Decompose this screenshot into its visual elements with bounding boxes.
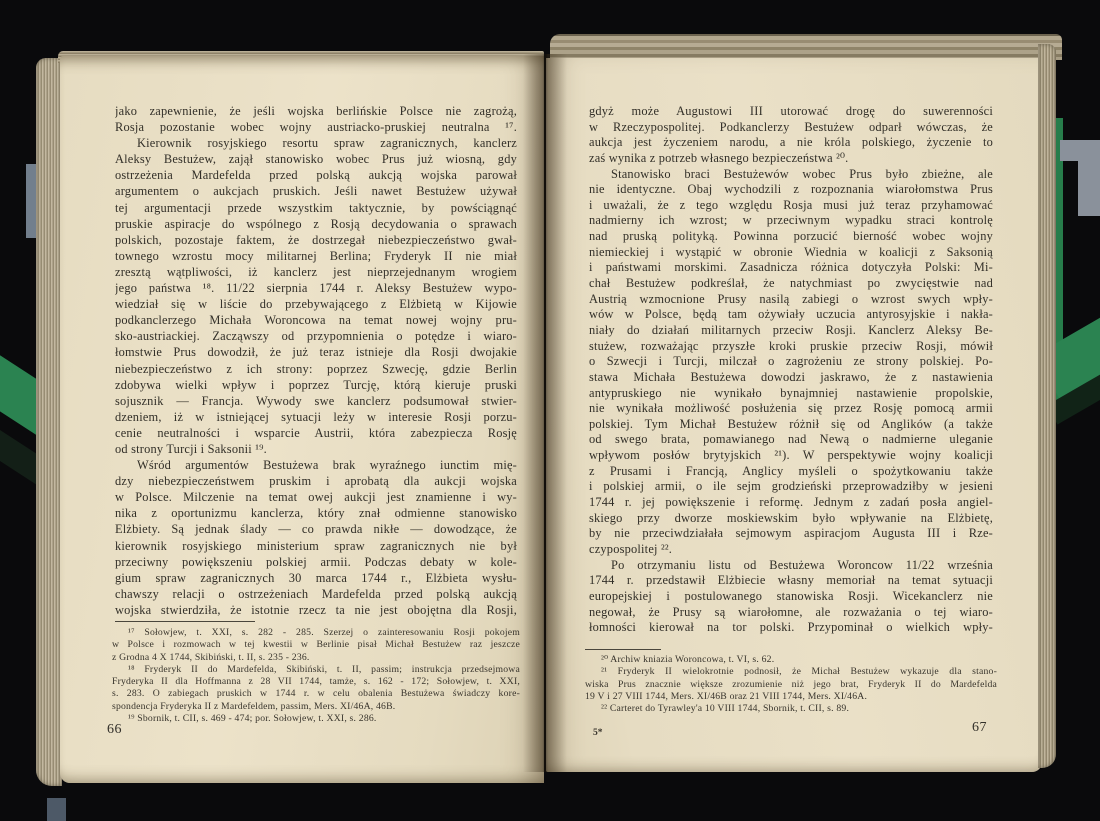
text-line: antypruskiego nie wynikało bynajmniej na… xyxy=(589,386,993,402)
text-line: jego państwa ¹⁸. 11/22 sierpnia 1744 r. … xyxy=(115,280,517,296)
text-line: nika z oportunizmu kanclerza, który znał… xyxy=(115,505,517,521)
text-line: nadmierny ich wzrost; w przeciwnym wypad… xyxy=(589,213,993,229)
page-stack-edge-right xyxy=(1038,44,1056,768)
text-line: pruskie aspiracje do wspólnego z Rosją d… xyxy=(115,216,517,232)
text-line: ¹⁹ Sbornik, t. CII, s. 469 - 474; por. S… xyxy=(112,713,520,725)
text-line: stużew, rozważając przyszłe kroki pruski… xyxy=(589,339,993,355)
footnote-rule-right xyxy=(585,649,661,650)
photo-of-open-book: { "colors": { "background": "#0a0a0c", "… xyxy=(0,0,1100,821)
text-line: europejskiej i postulowanego stanowiska … xyxy=(589,589,993,605)
text-line: dzy niebezpieczeństwem pruskim i aprobat… xyxy=(115,473,517,489)
left-page-number: 66 xyxy=(107,722,122,738)
gray-shape-right xyxy=(1078,140,1100,216)
text-line: zresztą wątpliwości, iż kanclerz jest ni… xyxy=(115,264,517,280)
text-line: wiedział się w liście do przebywającego … xyxy=(115,296,517,312)
text-line: sojusznik — Francja. Wywody swe kanclerz… xyxy=(115,393,517,409)
text-line: s. 283. O zabiegach pruskich w 1744 r. w… xyxy=(112,688,520,700)
signature-mark: 5* xyxy=(593,728,603,738)
text-line: ¹⁸ Fryderyk II do Mardefelda, Skibiński,… xyxy=(112,664,520,676)
text-line: nie wynikała możliwość posłużenia się pr… xyxy=(589,401,993,417)
text-line: stawa Michała Bestużewa dowodzi jaskrawo… xyxy=(589,370,993,386)
text-line: sko-austriackiej. Zacząwszy od przypomni… xyxy=(115,328,517,344)
text-line: Aleksy Bestużew, zajął stanowisko wobec … xyxy=(115,151,517,167)
text-line: o Szwecji i Turcji, milczał o zagrożeniu… xyxy=(589,354,993,370)
text-line: Wśród argumentów Bestużewa brak wyraźneg… xyxy=(115,457,517,473)
text-line: 1744 r. jej powiększenie i reformę. Jedn… xyxy=(589,495,993,511)
text-line: łomstwie Prus dowodził, że już teraz ist… xyxy=(115,344,517,360)
right-page-number: 67 xyxy=(972,720,987,736)
text-line: i państwami morskimi. Zasadnicza różnica… xyxy=(589,260,993,276)
page-stack-edge-top-right xyxy=(550,34,1062,60)
text-line: chał Bestużew podkreślał, że natychmiast… xyxy=(589,276,993,292)
text-line: ²² Carteret do Tyrawley'a 10 VIII 1744, … xyxy=(585,703,997,715)
text-line: niebezpieczeństwo z ich strony: poprzez … xyxy=(115,361,517,377)
text-line: i polskiej armii, o ile sejm grodzieński… xyxy=(589,479,993,495)
right-page-body: gdyż może Augustowi III utorować drogę d… xyxy=(589,104,993,636)
footnote-rule-left xyxy=(115,621,255,622)
text-line: ostrzeżenia Mardefelda przed polską aukc… xyxy=(115,167,517,183)
text-line: zdobywa wielki wpływ i poprzez Turcję, k… xyxy=(115,377,517,393)
text-line: Kierownik rosyjskiego resortu spraw zagr… xyxy=(115,135,517,151)
text-line: gdyż może Augustowi III utorować drogę d… xyxy=(589,104,993,120)
blue-strip-left-bottom xyxy=(47,798,66,821)
text-line: skiego przy dworze moskiewskim było wpły… xyxy=(589,511,993,527)
text-line: w Rzeczypospolitej. Podkanclerzy Bestuże… xyxy=(589,120,993,136)
text-line: 1744 r. przedstawił Elżbiecie własny mem… xyxy=(589,573,993,589)
text-line: gium spraw zagranicznych 30 marca 1744 r… xyxy=(115,570,517,586)
text-line: ¹⁷ Sołowjew, t. XXI, s. 282 - 285. Szerz… xyxy=(112,627,520,639)
text-line: zaś wynika z potrzeb własnego bezpieczeń… xyxy=(589,151,993,167)
text-line: czypospolitej ²². xyxy=(589,542,993,558)
text-line: od swego brata, pomawianego nad Newą o n… xyxy=(589,432,993,448)
text-line: ²⁰ Archiw kniazia Woroncowa, t. VI, s. 6… xyxy=(585,654,997,666)
text-line: Elżbiety. Są jednak ślady — co prawda ni… xyxy=(115,521,517,537)
text-line: spondencja Fryderyka II z Mardefeldem, p… xyxy=(112,701,520,713)
text-line: aukcja jest życzeniem narodu, a nie król… xyxy=(589,135,993,151)
text-line: Austrią wzmocnione Prusy nasilą zabiegi … xyxy=(589,292,993,308)
right-page-footnotes: ²⁰ Archiw kniazia Woroncowa, t. VI, s. 6… xyxy=(585,654,997,715)
page-stack-edge-left xyxy=(36,58,62,786)
text-line: negował, że Prusy są wiarołomne, ale roz… xyxy=(589,605,993,621)
text-line: Po otrzymaniu listu od Bestużewa Woronco… xyxy=(589,558,993,574)
text-line: polskich, pozostaje faktem, że dostrzega… xyxy=(115,232,517,248)
text-line: łomności kierował na tor polski. Przypom… xyxy=(589,620,993,636)
text-line: Stanowisko braci Bestużewów wobec Prus b… xyxy=(589,167,993,183)
text-line: Rosja pozostanie wobec wojny austriacko-… xyxy=(115,119,517,135)
text-line: wów w Polsce, będą tam ożywiały uczucia … xyxy=(589,307,993,323)
text-line: wojska stwierdziła, że istotnie rzecz ta… xyxy=(115,602,517,618)
text-line: townego wzrostu mocy militarnej Berlina;… xyxy=(115,248,517,264)
text-line: by nie przeciwdziałała sejmowym aspiracj… xyxy=(589,526,993,542)
text-line: nie identyczne. Obaj wychodzili z rozpoz… xyxy=(589,182,993,198)
text-line: z Grodna 4 X 1744, Skibiński, t. II, s. … xyxy=(112,652,520,664)
text-line: niały do działań militarnych przeciw Ros… xyxy=(589,323,993,339)
text-line: z Prusami i Francją, Anglicy myśleli o s… xyxy=(589,464,993,480)
text-line: argumentem o aukcjach pruskich. Jeśli na… xyxy=(115,183,517,199)
text-line: polskiej. Tym Michał Bestużew różnił się… xyxy=(589,417,993,433)
text-line: cenie neutralności i wsparcie Austrii, k… xyxy=(115,425,517,441)
text-line: kierownik rosyjskiego ministerium spraw … xyxy=(115,538,517,554)
text-line: tej argumentacji przede wszystkim taktyc… xyxy=(115,200,517,216)
text-line: jako zapewnienie, że jeśli wojska berliń… xyxy=(115,103,517,119)
text-line: wiska Prus znacznie większe zrozumienie … xyxy=(585,679,997,691)
left-page-body: jako zapewnienie, że jeśli wojska berliń… xyxy=(115,103,517,618)
left-page-footnotes: ¹⁷ Sołowjew, t. XXI, s. 282 - 285. Szerz… xyxy=(112,627,520,725)
text-line: podkanclerzego Michała Woroncowa na tema… xyxy=(115,312,517,328)
text-line: chawszy relacji o ostrzeżeniach Mardefel… xyxy=(115,586,517,602)
text-line: w Polsce. Milczenie na temat owej aukcji… xyxy=(115,489,517,505)
text-line: niemieckiej i wystąpić w obronie Wiednia… xyxy=(589,245,993,261)
text-line: dzeniem, iż w istniejącej sytuacji leży … xyxy=(115,409,517,425)
text-line: przeciwny powiększeniu polskiej armii. P… xyxy=(115,554,517,570)
text-line: w Polsce i rozmowach w tej kwestii w Ber… xyxy=(112,639,520,651)
text-line: Fryderyka II dla Hoffmanna z 28 VII 1744… xyxy=(112,676,520,688)
text-line: wpływom posłów brytyjskich ²¹). W perspe… xyxy=(589,448,993,464)
text-line: nad pruską polityką. Powinna porzucić bi… xyxy=(589,229,993,245)
text-line: od strony Turcji i Saksonii ¹⁹. xyxy=(115,441,517,457)
text-line: 19 V i 27 VIII 1744, Mers. XI/46B oraz 2… xyxy=(585,691,997,703)
text-line: i uważali, że z tego względu Rosja musi … xyxy=(589,198,993,214)
text-line: ²¹ Fryderyk II wielokrotnie podnosił, że… xyxy=(585,666,997,678)
